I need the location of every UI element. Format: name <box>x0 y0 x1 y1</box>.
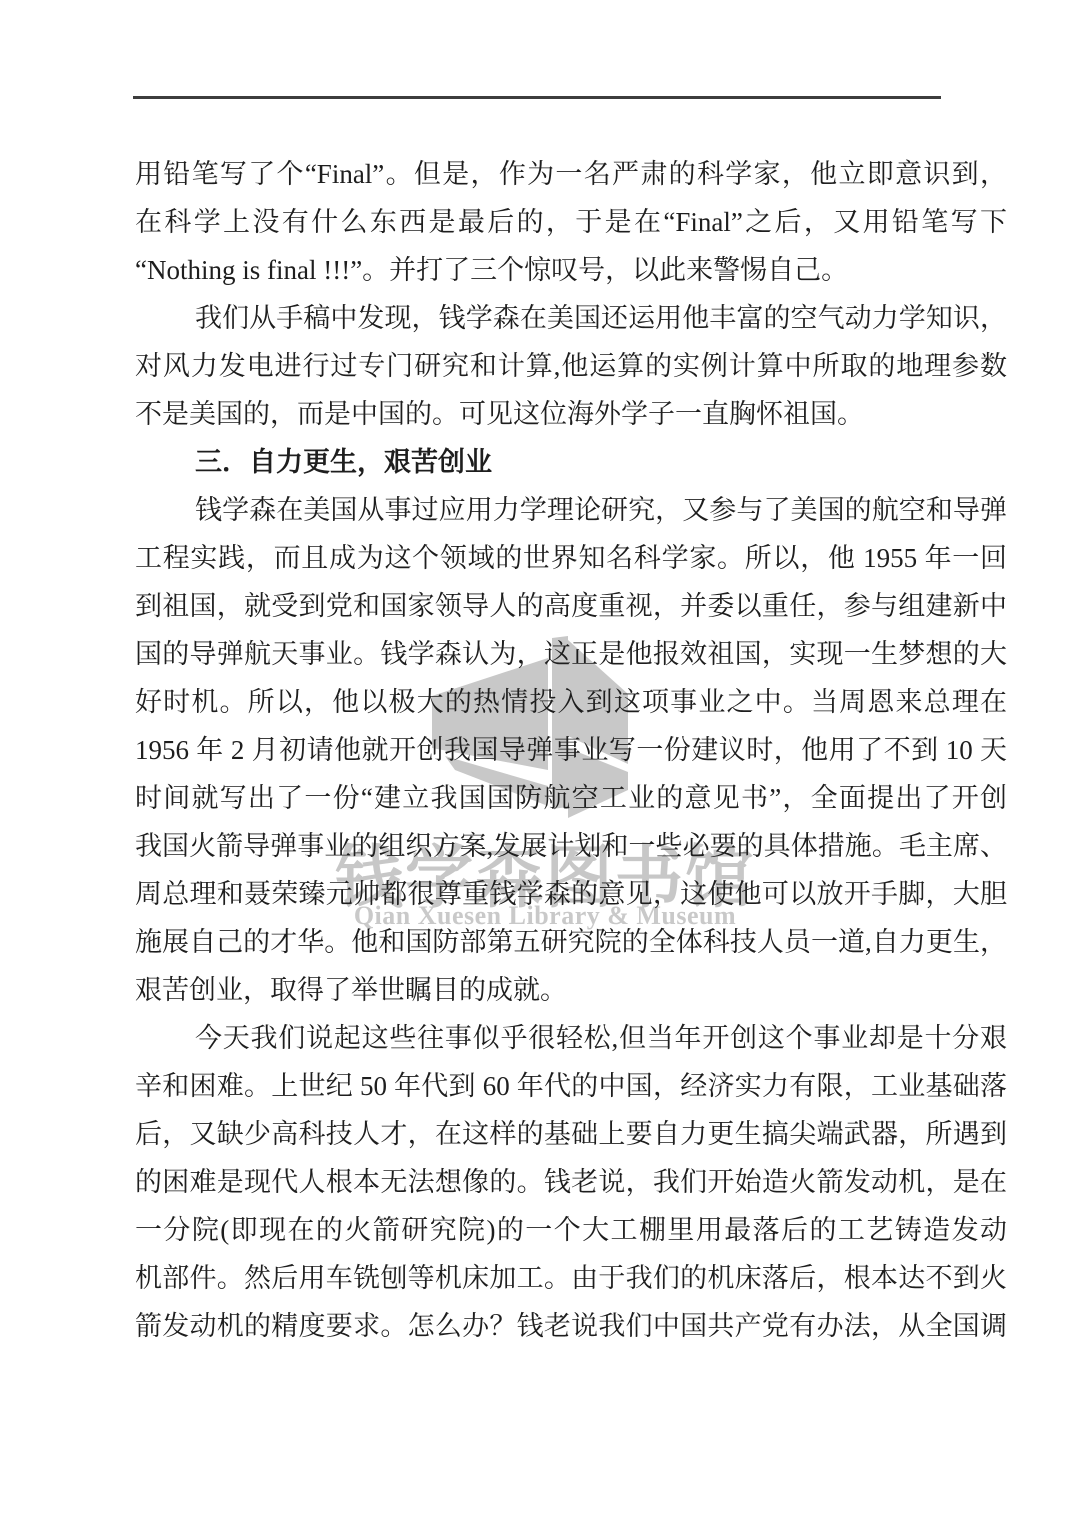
document-page: 钱学森图书馆 Qian Xuesen Library & Museum 用铅笔写… <box>0 0 1074 1520</box>
document-text: 用铅笔写了个“Final”。但是，作为一名严肃的科学家，他立即意识到，在科学上没… <box>135 150 1007 1350</box>
text-line: 用铅笔写了个“Final”。但是，作为一名严肃的科学家，他立即意识到， <box>135 150 1007 198</box>
text-line: 后，又缺少高科技人才，在这样的基础上要自力更生搞尖端武器，所遇到 <box>135 1110 1007 1158</box>
text-line: 工程实践，而且成为这个领域的世界知名科学家。所以，他 1955 年一回 <box>135 534 1007 582</box>
text-line: 国的导弹航天事业。钱学森认为，这正是他报效祖国，实现一生梦想的大 <box>135 630 1007 678</box>
text-line: 周总理和聂荣臻元帅都很尊重钱学森的意见，这使他可以放开手脚，大胆 <box>135 870 1007 918</box>
text-line: 我们从手稿中发现，钱学森在美国还运用他丰富的空气动力学知识， <box>135 294 1007 342</box>
text-line: 今天我们说起这些往事似乎很轻松,但当年开创这个事业却是十分艰 <box>135 1014 1007 1062</box>
text-line: 好时机。所以，他以极大的热情投入到这项事业之中。当周恩来总理在 <box>135 678 1007 726</box>
text-line: 时间就写出了一份“建立我国国防航空工业的意见书”，全面提出了开创 <box>135 774 1007 822</box>
text-line: 的困难是现代人根本无法想像的。钱老说，我们开始造火箭发动机，是在 <box>135 1158 1007 1206</box>
text-line: 艰苦创业，取得了举世瞩目的成就。 <box>135 966 1007 1014</box>
text-line: 钱学森在美国从事过应用力学理论研究，又参与了美国的航空和导弹 <box>135 486 1007 534</box>
text-line: 1956 年 2 月初请他就开创我国导弹事业写一份建议时，他用了不到 10 天 <box>135 726 1007 774</box>
section-heading: 三．自力更生，艰苦创业 <box>135 438 1007 486</box>
text-line: 在科学上没有什么东西是最后的，于是在“Final”之后，又用铅笔写下 <box>135 198 1007 246</box>
text-line: “Nothing is final !!!”。并打了三个惊叹号，以此来警惕自己。 <box>135 246 1007 294</box>
text-line: 一分院(即现在的火箭研究院)的一个大工棚里用最落后的工艺铸造发动 <box>135 1206 1007 1254</box>
text-line: 箭发动机的精度要求。怎么办？钱老说我们中国共产党有办法，从全国调 <box>135 1302 1007 1350</box>
text-line: 对风力发电进行过专门研究和计算,他运算的实例计算中所取的地理参数 <box>135 342 1007 390</box>
text-line: 我国火箭导弹事业的组织方案,发展计划和一些必要的具体措施。毛主席、 <box>135 822 1007 870</box>
text-line: 机部件。然后用车铣刨等机床加工。由于我们的机床落后，根本达不到火 <box>135 1254 1007 1302</box>
text-line: 不是美国的，而是中国的。可见这位海外学子一直胸怀祖国。 <box>135 390 1007 438</box>
header-rule <box>133 96 941 99</box>
text-line: 施展自己的才华。他和国防部第五研究院的全体科技人员一道,自力更生， <box>135 918 1007 966</box>
text-line: 辛和困难。上世纪 50 年代到 60 年代的中国，经济实力有限，工业基础落 <box>135 1062 1007 1110</box>
text-line: 到祖国，就受到党和国家领导人的高度重视，并委以重任，参与组建新中 <box>135 582 1007 630</box>
